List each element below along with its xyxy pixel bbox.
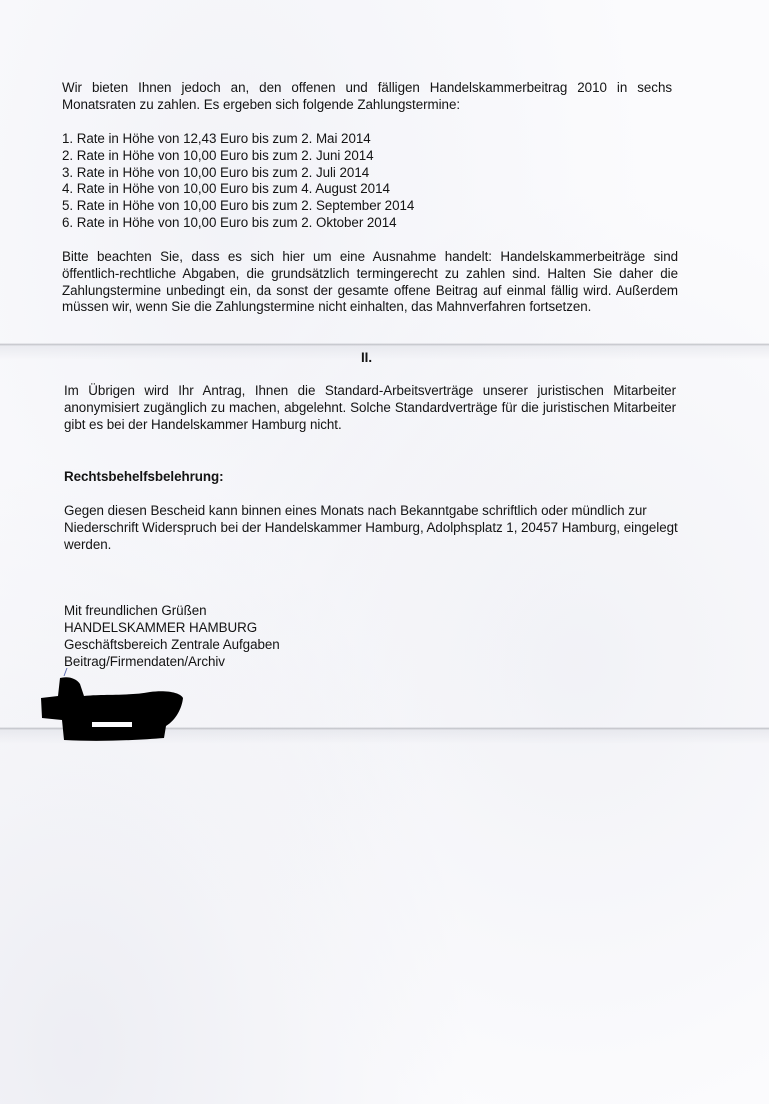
installment-schedule-list: 1. Rate in Höhe von 12,43 Euro bis zum 2… — [62, 131, 482, 232]
closing-organization: HANDELSKAMMER HAMBURG — [64, 620, 364, 637]
signature-redaction-block — [40, 676, 185, 742]
closing-greeting: Mit freundlichen Grüßen — [64, 603, 364, 620]
closing-unit: Beitrag/Firmendaten/Archiv — [64, 654, 364, 671]
legal-remedy-heading: Rechtsbehelfsbelehrung: — [64, 469, 224, 486]
closing-block: Mit freundlichen Grüßen HANDELSKAMMER HA… — [64, 603, 364, 671]
signature-ink-stroke — [64, 668, 74, 676]
installment-item: 5. Rate in Höhe von 10,00 Euro bis zum 2… — [62, 198, 482, 215]
installment-item: 3. Rate in Höhe von 10,00 Euro bis zum 2… — [62, 165, 482, 182]
closing-department: Geschäftsbereich Zentrale Aufgaben — [64, 637, 364, 654]
payment-notice-paragraph: Bitte beachten Sie, dass es sich hier um… — [62, 249, 678, 316]
installment-item: 2. Rate in Höhe von 10,00 Euro bis zum 2… — [62, 148, 482, 165]
request-decision-paragraph: Im Übrigen wird Ihr Antrag, Ihnen die St… — [64, 383, 676, 433]
installment-item: 4. Rate in Höhe von 10,00 Euro bis zum 4… — [62, 181, 482, 198]
scanned-letter-page: Wir bieten Ihnen jedoch an, den offenen … — [0, 0, 769, 1104]
installment-offer-paragraph: Wir bieten Ihnen jedoch an, den offenen … — [62, 80, 672, 114]
legal-remedy-paragraph: Gegen diesen Bescheid kann binnen eines … — [64, 503, 680, 553]
section-number: II. — [0, 350, 733, 367]
installment-item: 6. Rate in Höhe von 10,00 Euro bis zum 2… — [62, 215, 482, 232]
installment-item: 1. Rate in Höhe von 12,43 Euro bis zum 2… — [62, 131, 482, 148]
